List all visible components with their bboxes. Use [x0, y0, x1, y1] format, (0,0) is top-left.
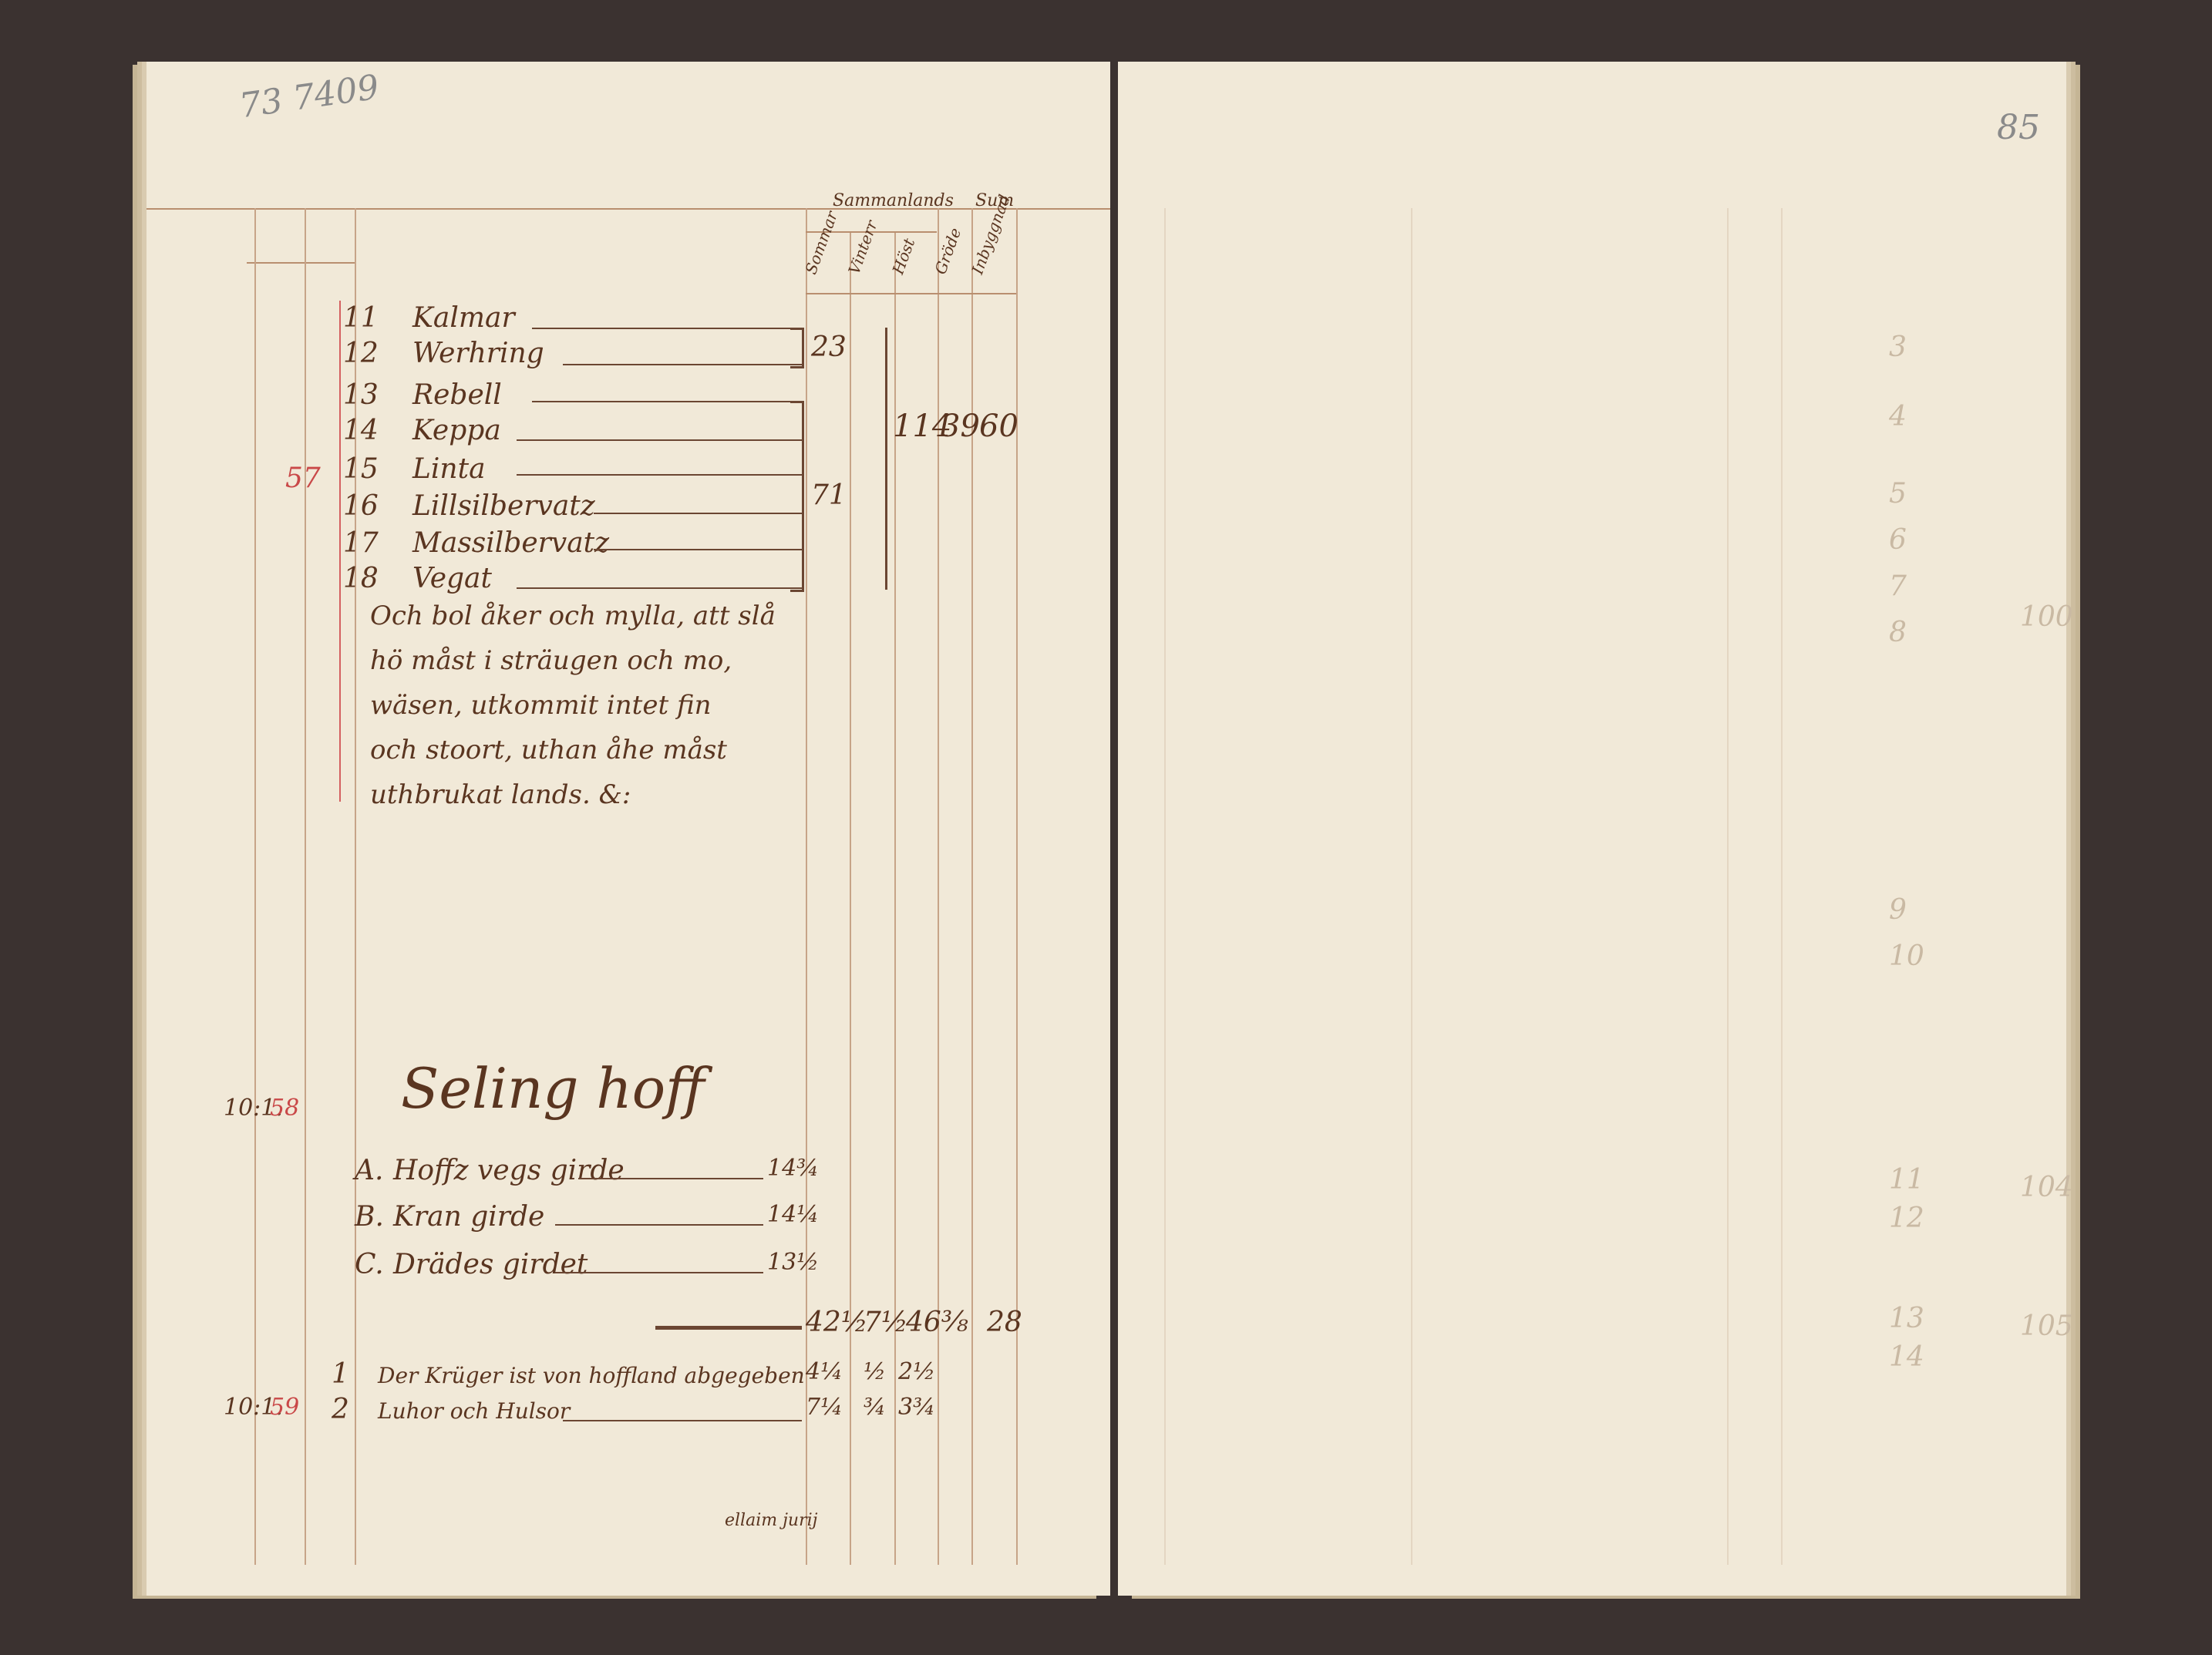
red-bracket-line [339, 301, 341, 802]
sub-item-value: ½ [864, 1358, 886, 1385]
item-leader [517, 587, 802, 589]
brace-group-1 [790, 328, 804, 368]
sub-item-no: 2 [332, 1394, 349, 1425]
sub-item-value: ¾ [864, 1394, 886, 1421]
show-through-number: 6 [1889, 524, 1907, 556]
item-leader [555, 1224, 763, 1226]
sub-item-value: 4¼ [806, 1358, 843, 1385]
sub-item-name: Der Krüger ist von hoffland abgegeben [378, 1363, 805, 1388]
show-through-number: 10 [1889, 940, 1924, 972]
pencil-folio: 85 [1997, 108, 2040, 147]
faint-rule [1164, 208, 1166, 1565]
show-through-number: 14 [1889, 1341, 1924, 1373]
item-name: Werhring [412, 338, 544, 369]
show-through-number: 12 [1889, 1203, 1924, 1234]
show-through-number: 104 [2020, 1172, 2073, 1203]
header-rule [146, 208, 1110, 210]
total-value-2: 39 [941, 409, 980, 444]
item-leader [578, 1178, 763, 1179]
item-name: Massilbervatz [412, 527, 609, 559]
paragraph-line: Och bol åker och mylla, att slå [370, 594, 776, 638]
item-no: 17 [343, 527, 379, 559]
col-header-bottom-rule [806, 293, 1016, 294]
item-no: 12 [343, 338, 379, 369]
margin-line-1 [254, 208, 256, 1565]
paragraph-line: hö måst i sträugen och mo, [370, 638, 732, 683]
section-title: Seling hoff [401, 1056, 705, 1121]
sub-item-value: 3¾ [898, 1394, 935, 1421]
left-page: 73 7409 Sammanlands Sum Sommar Vinterr H… [146, 62, 1110, 1596]
item-leader [532, 328, 802, 329]
section-item-value: 14¾ [767, 1155, 819, 1182]
show-through-number: 9 [1889, 894, 1907, 926]
group-sum-1: 23 [811, 331, 847, 363]
item-leader [594, 549, 802, 550]
show-through-number: 8 [1889, 617, 1907, 648]
item-no: 11 [343, 302, 379, 334]
item-leader [555, 1272, 763, 1273]
item-leader [532, 401, 802, 402]
section-item-letter: B. [355, 1201, 384, 1233]
item-no: 13 [343, 379, 379, 411]
right-page: 85 3 4 5 6 7 8 9 10 11 12 13 14 100 104 … [1118, 62, 2066, 1596]
section-item-name: Hoffz vegs girde [393, 1155, 625, 1186]
section-item-letter: C. [355, 1249, 384, 1280]
sub-item-value: 2½ [898, 1358, 935, 1385]
total-value-3: 60 [979, 409, 1018, 444]
section-item-value: 14¼ [767, 1201, 819, 1228]
margin-line-3 [355, 208, 356, 1565]
item-name: Vegat [412, 563, 492, 594]
header-subrule [247, 262, 355, 264]
section-total: 28 [987, 1307, 1022, 1338]
item-name: Linta [412, 453, 486, 485]
show-through-number: 3 [1889, 331, 1907, 363]
item-leader [563, 364, 802, 365]
pencil-folio: 73 7409 [237, 68, 381, 126]
show-through-number: 4 [1889, 401, 1907, 432]
item-name: Rebell [412, 379, 502, 411]
section-total: 42½ [806, 1307, 868, 1338]
sub-item-value: 7¼ [806, 1394, 843, 1421]
item-leader [594, 513, 802, 514]
column-header-3: Höst [888, 236, 918, 277]
column-header-1: Sommar [801, 209, 841, 277]
section-item-name: Drädes girdet [393, 1249, 588, 1280]
item-no: 14 [343, 415, 379, 446]
sub-item-no: 1 [332, 1358, 349, 1390]
show-through-number: 7 [1889, 570, 1907, 602]
brace-group-2 [790, 401, 804, 592]
sub-item-name: Luhor och Hulsor [378, 1398, 570, 1424]
show-through-number: 13 [1889, 1303, 1924, 1334]
item-no: 18 [343, 563, 379, 594]
group-sum-2: 71 [811, 479, 847, 511]
show-through-number: 105 [2020, 1310, 2073, 1342]
column-group-header: Sammanlands [833, 191, 954, 210]
show-through-number: 11 [1889, 1164, 1924, 1196]
section-item-name: Kran girde [393, 1201, 544, 1233]
faint-rule [1411, 208, 1412, 1565]
col-line-2 [850, 231, 851, 1565]
faint-rule [1727, 208, 1729, 1565]
section-item-letter: A. [355, 1155, 383, 1186]
paragraph-line: och stoort, uthan åhe måst [370, 728, 727, 772]
show-through-number: 5 [1889, 478, 1907, 510]
sub-margin-red: 59 [270, 1394, 299, 1421]
margin-line-2 [305, 208, 306, 1565]
show-through-number: 100 [2020, 601, 2073, 633]
item-leader [517, 474, 802, 476]
section-total: 46⅜ [906, 1307, 968, 1338]
faint-rule [1781, 208, 1783, 1565]
item-leader [563, 1420, 802, 1421]
column-header-4: Gröde [931, 225, 965, 277]
item-name: Kalmar [412, 302, 515, 334]
item-name: Lillsilbervatz [412, 490, 595, 522]
footer-note: ellaim jurij [725, 1511, 817, 1530]
item-no: 16 [343, 490, 379, 522]
paragraph-line: wäsen, utkommit intet fin [370, 683, 712, 728]
item-no: 15 [343, 453, 379, 485]
red-margin-number: 57 [285, 463, 321, 494]
paragraph-line: uthbrukat lands. &: [370, 772, 631, 817]
section-item-value: 13½ [767, 1249, 819, 1276]
item-leader [517, 439, 802, 441]
section-total: 7½ [864, 1307, 908, 1338]
total-stroke [655, 1326, 802, 1330]
section-margin-red: 58 [270, 1095, 299, 1122]
total-bracket [885, 328, 887, 590]
item-name: Keppa [412, 415, 501, 446]
